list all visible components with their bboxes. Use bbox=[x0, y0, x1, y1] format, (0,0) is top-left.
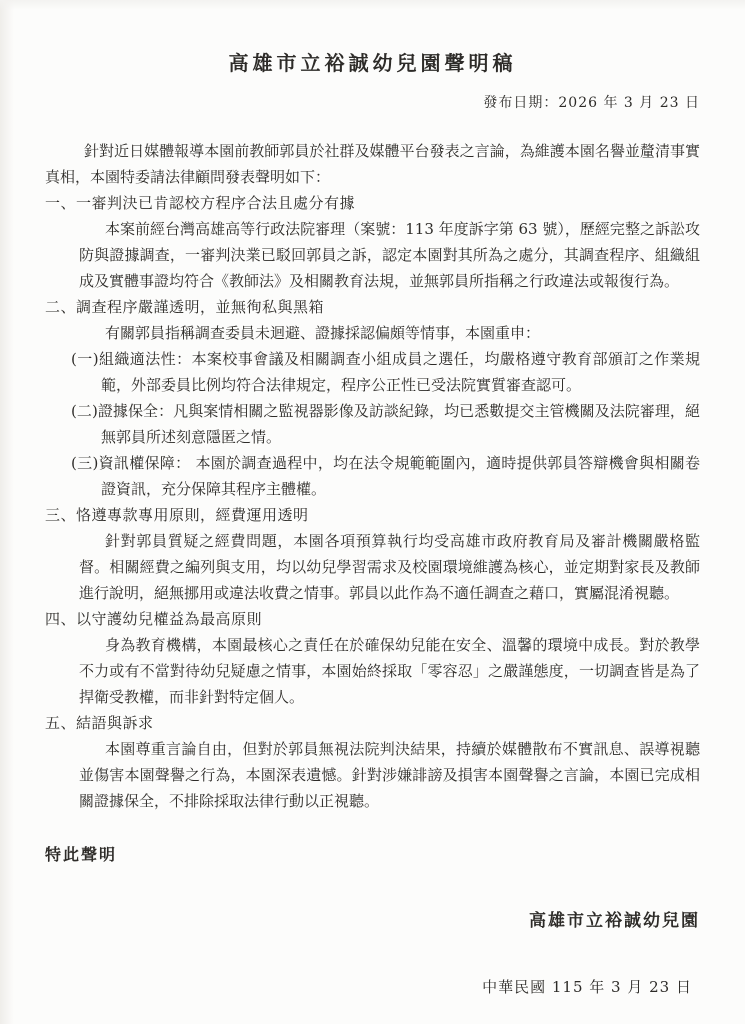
signature-date: 中華民國 115 年 3 月 23 日 bbox=[45, 974, 700, 1000]
section-4: 四、以守護幼兒權益為最高原則 身為教育機構，本園最核心之責任在於確保幼兒能在安全… bbox=[45, 606, 700, 710]
section-5: 五、結語與訴求 本園尊重言論自由，但對於郭員無視法院判決結果，持續於媒體散布不實… bbox=[45, 710, 700, 814]
section-3: 三、恪遵專款專用原則，經費運用透明 針對郭員質疑之經費問題，本園各項預算執行均受… bbox=[45, 502, 700, 606]
section-2-item-2: (二)證據保全：凡與案情相關之監視器影像及訪談紀錄，均已悉數提交主管機關及法院審… bbox=[45, 398, 700, 450]
document-title: 高雄市立裕誠幼兒園聲明稿 bbox=[0, 0, 745, 78]
section-1: 一、一審判決已肯認校方程序合法且處分有據 本案前經台灣高雄高等行政法院審理（案號… bbox=[45, 190, 700, 294]
section-1-heading: 一、一審判決已肯認校方程序合法且處分有據 bbox=[45, 190, 700, 216]
section-2-item-3: (三)資訊權保障： 本園於調查過程中，均在法令規範範圍內，適時提供郭員答辯機會與… bbox=[45, 450, 700, 502]
document-body: 發布日期：2026 年 3 月 23 日 針對近日媒體報導本園前教師郭員於社群及… bbox=[0, 90, 745, 1000]
section-1-paragraph: 本案前經台灣高雄高等行政法院審理（案號：113 年度訴字第 63 號），歷經完整… bbox=[45, 216, 700, 294]
section-5-heading: 五、結語與訴求 bbox=[45, 710, 700, 736]
section-2: 二、調查程序嚴謹透明，並無徇私與黑箱 有關郭員指稱調查委員未迴避、證據採認偏頗等… bbox=[45, 294, 700, 502]
section-3-paragraph: 針對郭員質疑之經費問題，本園各項預算執行均受高雄市政府教育局及審計機關嚴格監督。… bbox=[45, 528, 700, 606]
section-2-heading: 二、調查程序嚴謹透明，並無徇私與黑箱 bbox=[45, 294, 700, 320]
section-2-item-1: (一)組織適法性：本案校事會議及相關調查小組成員之選任，均嚴格遵守教育部頒訂之作… bbox=[45, 346, 700, 398]
section-4-heading: 四、以守護幼兒權益為最高原則 bbox=[45, 606, 700, 632]
section-3-heading: 三、恪遵專款專用原則，經費運用透明 bbox=[45, 502, 700, 528]
intro-paragraph: 針對近日媒體報導本園前教師郭員於社群及媒體平台發表之言論，為維護本園名譽並釐清事… bbox=[45, 138, 700, 190]
publish-date: 發布日期：2026 年 3 月 23 日 bbox=[45, 90, 700, 116]
section-5-paragraph: 本園尊重言論自由，但對於郭員無視法院判決結果，持續於媒體散布不實訊息、誤導視聽並… bbox=[45, 736, 700, 814]
section-4-paragraph: 身為教育機構，本園最核心之責任在於確保幼兒能在安全、溫馨的環境中成長。對於教學不… bbox=[45, 632, 700, 710]
signature-organization: 高雄市立裕誠幼兒園 bbox=[45, 908, 700, 934]
section-2-paragraph: 有關郭員指稱調查委員未迴避、證據採認偏頗等情事，本園重申： bbox=[45, 320, 700, 346]
statement-document-page: 高雄市立裕誠幼兒園聲明稿 發布日期：2026 年 3 月 23 日 針對近日媒體… bbox=[0, 0, 745, 1024]
closing-statement: 特此聲明 bbox=[45, 842, 700, 868]
